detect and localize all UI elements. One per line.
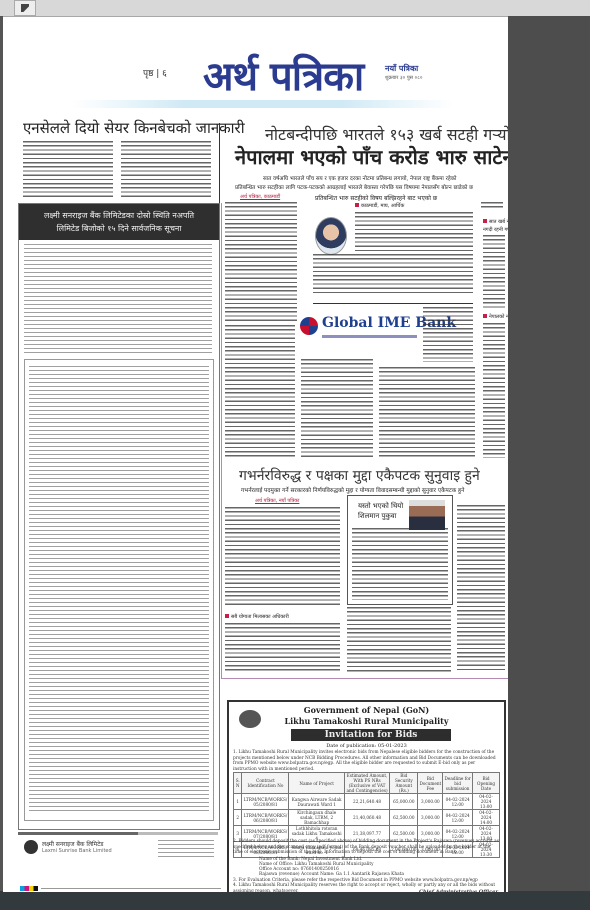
viewer-scroll-area[interactable] (508, 16, 590, 891)
profile-title-2: शिलमान पुकुवा (358, 512, 397, 521)
issuer-name: लक्ष्मी सनराइज बैंक लिमिटेड (42, 840, 103, 848)
notebandi-byline: अर्थ पत्रिका, काठमाडौं (240, 194, 280, 200)
sidebar-sub: नगदी रहनी गएन (483, 227, 508, 233)
col-sn: S. N (234, 773, 242, 794)
notebandi-subhead: प्रतिबन्धित भारु सटहीको विषय बल्झिरहने ब… (315, 194, 437, 202)
sidebar-text-2 (483, 323, 505, 458)
notebandi-col2 (301, 359, 373, 457)
notice-header: लक्ष्मी सनराइज बैंक लिमिटेडका दोस्रो स्थ… (19, 204, 219, 240)
col-doc-fee: Bid Document Fee (418, 773, 443, 794)
notice-intro-text (24, 244, 212, 354)
masthead: पृष्ठ | ६ अर्थ पत्रिका नयाँ पत्रिका शुक्… (3, 17, 508, 107)
notebandi-col1-top (225, 202, 297, 322)
page-number: पृष्ठ | ६ (143, 66, 167, 79)
governor-deck: गभर्नरलाई पदमुक्त गर्ने सरकारको निर्णयवि… (241, 486, 464, 494)
governor-photo (409, 500, 445, 530)
notebandi-kicker: नोटबन्दीपछि भारतले १५३ खर्ब सटही गर्‍यो (265, 123, 508, 145)
share-article-headline: एनसेलले दियो सेयर किनबेचको जानकारी (23, 118, 245, 138)
ad-signature: Chief Administrative Officer (419, 889, 498, 892)
col-contract-id: Contract Identification No (242, 773, 289, 794)
notebandi-deck-2: प्रतिबन्धित भारु सटहीका लागि पटक-पटकको आ… (235, 183, 473, 191)
color-registration-mark (20, 886, 38, 891)
laxmi-sunrise-logo-icon (24, 840, 38, 854)
viewer-bottom-bar (0, 891, 590, 910)
issuer-name-en: Laxmi Sunrise Bank Limited (42, 848, 112, 854)
global-ime-bank-ad[interactable]: Global IME Bank (300, 313, 420, 349)
public-notice: लक्ष्मी सनराइज बैंक लिमिटेडका दोस्रो स्थ… (18, 203, 220, 830)
photo-credit-text: काठमाडौं, माघ, आर्थिक (361, 203, 404, 209)
profile-text (352, 528, 448, 600)
notebandi-col3 (379, 367, 475, 457)
section-rule-pink (221, 678, 508, 679)
col-project: Name of Project (289, 773, 345, 794)
notice-title-line2: लिमिटेड बिजोको १५ दिने सार्वजनिक सूचना (23, 222, 215, 235)
official-photo (315, 217, 347, 255)
col-estimate: Estimated Amount, With PS NRs (Exclusive… (344, 773, 389, 794)
governor-byline: अर्थ पत्रिका, नयाँ पत्रिका (255, 498, 299, 504)
notebandi-col1 (225, 325, 295, 457)
tender-notice-ad: Government of Nepal (GoN) Likhu Tamakosh… (227, 700, 506, 892)
share-article-body-col2 (121, 141, 211, 199)
section-rule (313, 303, 473, 304)
ad-para-2: 2. Bidders should deposit the cost (as s… (233, 839, 500, 856)
tagline: नयाँ पत्रिका (385, 63, 418, 74)
sidebar-text-1 (483, 235, 505, 310)
notice-title-line1: लक्ष्मी सनराइज बैंक लिमिटेडका दोस्रो स्थ… (23, 209, 215, 222)
footer-bar (18, 832, 218, 835)
sidebar-bullet-1: सात खर्ब नगद (483, 219, 508, 225)
ad-municipality: Likhu Tamakoshi Rural Municipality (229, 716, 504, 726)
governor-bullet: सबै योग्यता मिलासका अधिकारी (225, 614, 289, 620)
column-divider (219, 123, 220, 203)
governor-col2-bottom (347, 607, 451, 673)
sidebar-bullet-2: नेपालको नगद कारोबार (483, 314, 508, 320)
masthead-band (73, 100, 453, 108)
footer-rule (41, 888, 221, 889)
ad-gov-line: Government of Nepal (GoN) (229, 705, 504, 715)
col-deadline: Deadline for bid submission (443, 773, 473, 794)
newspaper-title: अर्थ पत्रिका (203, 47, 363, 102)
viewer-toolbar (0, 0, 590, 17)
governor-col1 (225, 507, 340, 607)
notice-details-text (29, 366, 209, 814)
bullet-icon (225, 614, 229, 618)
notebandi-col3-top (423, 307, 473, 362)
notice-issuer-footer: लक्ष्मी सनराइज बैंक लिमिटेड Laxmi Sunris… (18, 832, 218, 862)
global-ime-logo-icon (300, 317, 318, 335)
ad-publication-date: Date of publication: 05-01-2023 (229, 743, 504, 749)
governor-col1-bottom (225, 623, 340, 673)
bullet-icon (483, 219, 487, 223)
newspaper-page: पृष्ठ | ६ अर्थ पत्रिका नयाँ पत्रिका शुक्… (3, 17, 508, 892)
table-row: 1LTRM/NCB/WORKS/ 05/2080/81Kangwa Airwar… (234, 794, 500, 810)
photo-credit: काठमाडौं, माघ, आर्थिक (355, 203, 404, 209)
share-article-body-col1 (23, 141, 113, 199)
sidebar-intro (481, 202, 503, 208)
ad-invitation-banner: Invitation for Bids (291, 729, 451, 741)
col-bid-security: Bid Security Amount (Rs.) (390, 773, 418, 794)
table-row: 2LTRM/NCB/WORKS/ 06/2080/81Kirchingaun d… (234, 810, 500, 826)
notebandi-lead-text-2 (313, 254, 473, 296)
issue-date: शुक्रबार ३० पुस ०८० (385, 75, 422, 81)
fit-page-button[interactable] (14, 0, 36, 16)
issuer-contact (158, 840, 214, 860)
bids-table-header: S. N Contract Identification No Name of … (234, 773, 500, 794)
bullet-icon (355, 203, 359, 207)
fit-page-icon (21, 4, 29, 12)
bank-line-4: Rajaswa (revenue) Account Name: Ga 1.1 A… (259, 872, 404, 878)
col-opening: Bid Opening Date (473, 773, 500, 794)
notice-details-box (24, 359, 214, 821)
governor-col3 (457, 505, 505, 673)
ad-para-1: 1. Likhu Tamakoshi Rural Municipality in… (233, 750, 500, 772)
bullet-icon (483, 314, 487, 318)
notebandi-lead-text (355, 212, 473, 252)
notebandi-headline: नेपालमा भएको पाँच करोड भारु साटेन (235, 143, 508, 170)
profile-title-1: यस्तो भएको थियो (358, 502, 403, 511)
governor-headline: गभर्नरविरुद्ध र पक्षका मुद्दा एकैपटक सुन… (239, 466, 480, 485)
notebandi-deck-1: सात वर्षअघि भारतले पाँच सय र एक हजार दरक… (263, 174, 456, 182)
gime-tagline-bar (322, 335, 417, 338)
